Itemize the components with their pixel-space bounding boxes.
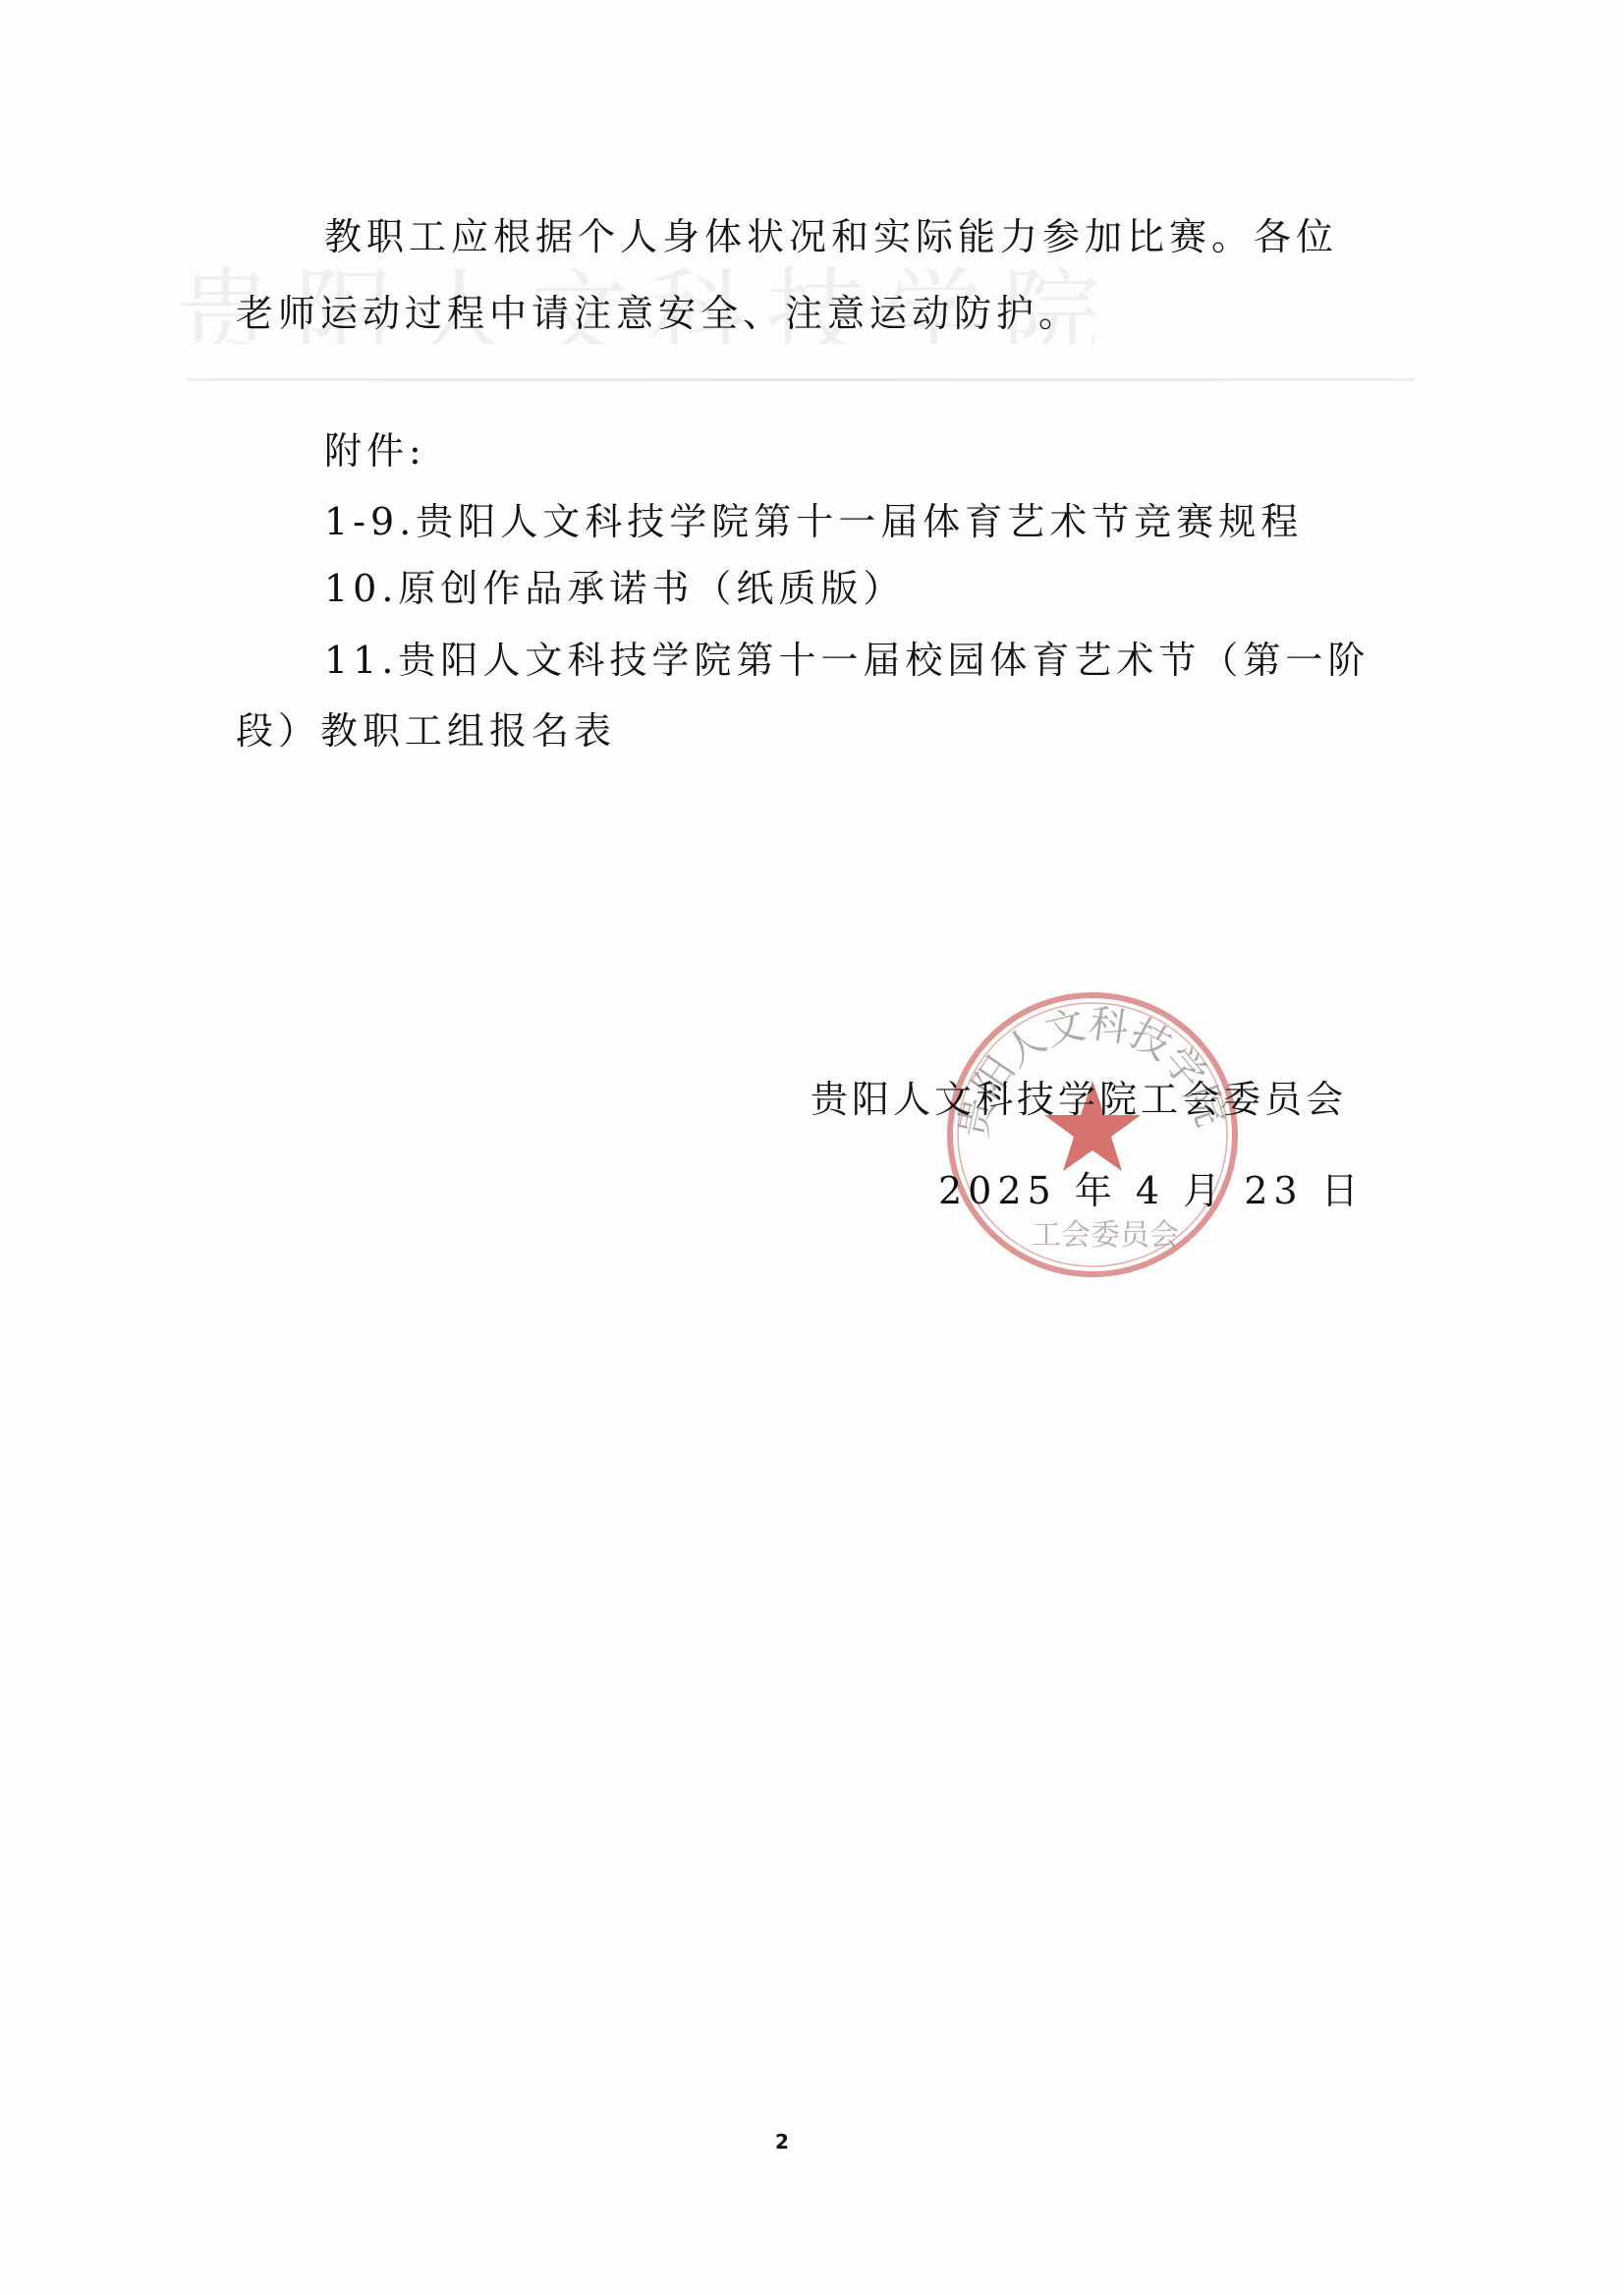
attachment-item-2: 10.原创作品承诺书（纸质版） xyxy=(324,570,905,607)
document-page: 贵阳人文科技学院 教职工应根据个人身体状况和实际能力参加比赛。各位 老师运动过程… xyxy=(0,0,1624,2295)
attachment-item-3: 11.贵阳人文科技学院第十一届校园体育艺术节（第一阶 xyxy=(324,642,1370,679)
official-seal-icon: 贵阳人文科技学院 工会委员会 xyxy=(943,987,1243,1282)
signature-organization: 贵阳人文科技学院工会委员会 xyxy=(811,1081,1347,1118)
attachment-item-1: 1-9.贵阳人文科技学院第十一届体育艺术节竞赛规程 xyxy=(324,503,1303,540)
attachment-item-3-continued: 段）教职工组报名表 xyxy=(236,712,616,750)
signature-date: 2025 年 4 月 23 日 xyxy=(938,1172,1365,1209)
body-paragraph-line-2: 老师运动过程中请注意安全、注意运动防护。 xyxy=(236,295,1081,332)
attachments-heading: 附件: xyxy=(324,432,426,470)
svg-text:工会委员会: 工会委员会 xyxy=(1032,1218,1179,1253)
body-paragraph-line-1: 教职工应根据个人身体状况和实际能力参加比赛。各位 xyxy=(324,218,1338,255)
bleed-through-line xyxy=(187,378,1415,381)
page-number: 2 xyxy=(775,2130,789,2154)
